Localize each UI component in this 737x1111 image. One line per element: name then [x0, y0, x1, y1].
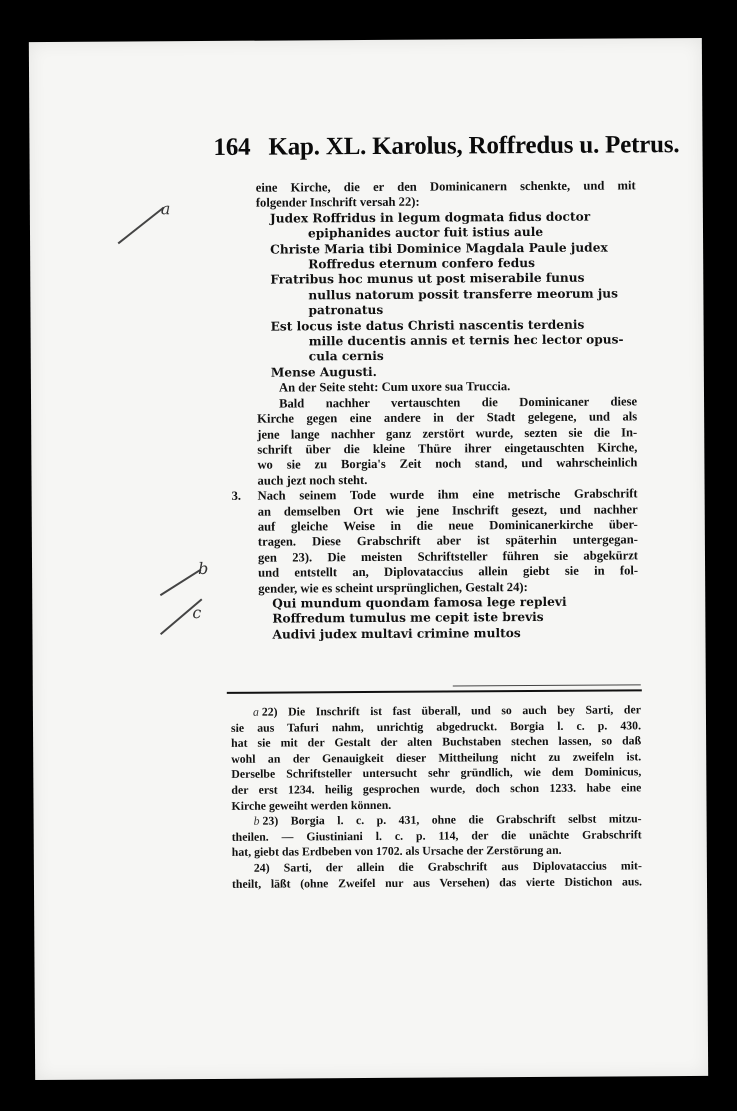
footnote-line: der erst 1234. heilig gesprochen wurde, …: [231, 780, 641, 798]
text-line: eine Kirche, die er den Dominicanern sch…: [256, 178, 636, 196]
numbered-paragraph-line: 3.Nach seinem Tode wurde ihm eine metris…: [232, 486, 638, 504]
text-line: Kirche gegen eine andere in der Stadt ge…: [257, 409, 637, 427]
margin-annotation-b: b: [198, 559, 208, 578]
text-line: und entstellt an, Diplovataccius allein …: [258, 564, 638, 582]
footnote-rule-thin: [453, 684, 641, 686]
epitaph-line: Audivi judex multavi crimine multos: [258, 625, 638, 643]
scanned-page: 164 Kap. XL. Karolus, Roffredus u. Petru…: [29, 38, 708, 1080]
footnote-line: theilen. — Giustiniani l. c. p. 114, der…: [232, 827, 642, 845]
pencil-stroke: [160, 569, 201, 596]
running-title: Kap. XL. Karolus, Roffredus u. Petrus.: [268, 131, 679, 161]
page-number: 164: [213, 134, 250, 161]
inscription-line: Christe Maria tibi Dominice Magdala Paul…: [256, 240, 636, 258]
footnote-line: 24) Sarti, der allein die Grabschrift au…: [232, 858, 642, 876]
inscription-line: nullus natorum possit transferre meorum …: [256, 286, 636, 304]
running-header: 164 Kap. XL. Karolus, Roffredus u. Petru…: [213, 131, 679, 162]
main-text: eine Kirche, die er den Dominicanern sch…: [256, 178, 639, 643]
footnotes: a22) Die Inschrift ist fast überall, und…: [231, 702, 642, 892]
section-number: 3.: [232, 489, 258, 505]
footnote-line: theilt, läßt (ohne Zweifel nur aus Verse…: [232, 874, 642, 892]
inscription-line: Judex Roffridus in legum dogmata fidus d…: [256, 209, 636, 227]
pencil-stroke: [118, 207, 164, 244]
margin-annotation-c: c: [192, 603, 201, 622]
margin-annotation: b: [254, 814, 260, 828]
margin-annotation-a: a: [161, 199, 171, 218]
footnote-rule: [227, 689, 642, 694]
margin-annotation: a: [253, 705, 259, 719]
inscription-line: mille ducentis annis et ternis hec lecto…: [257, 332, 637, 350]
text-line: wo sie zu Borgia's Zeit noch stand, und …: [257, 456, 637, 474]
